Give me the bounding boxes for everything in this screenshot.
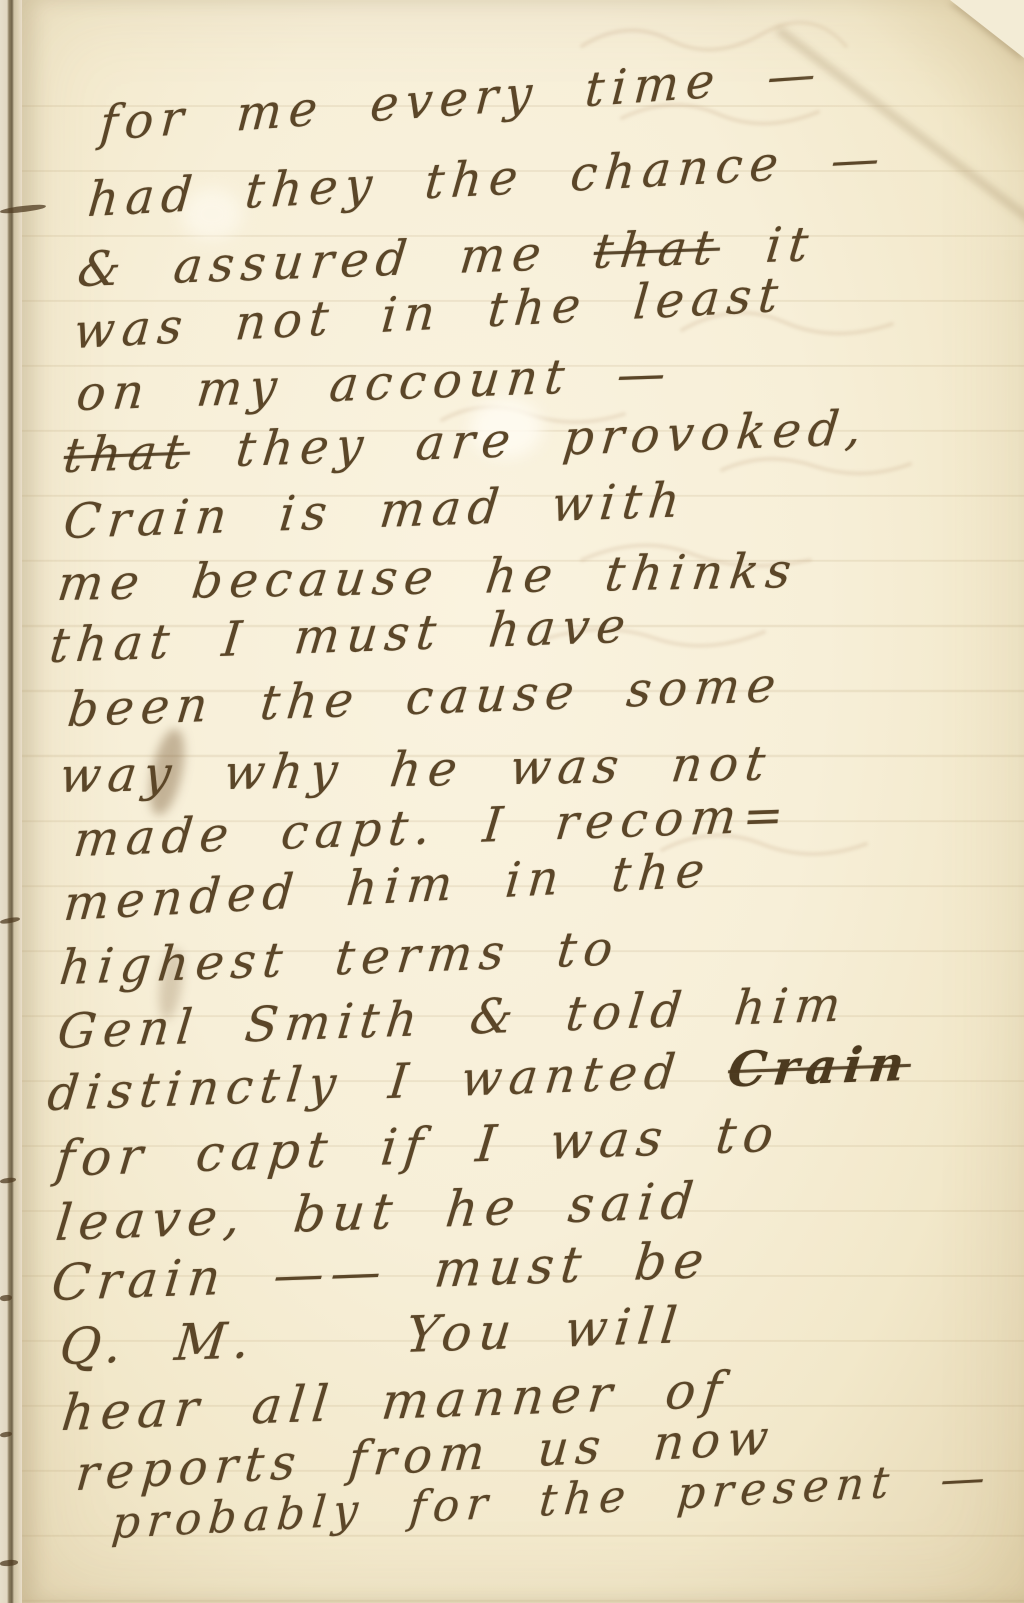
letter-page: for me every time —had they the chance —… [0,0,1024,1603]
corner-dogear [950,0,1024,58]
paper-sheet: for me every time —had they the chance —… [22,0,1024,1603]
struck-word: that [61,423,193,484]
handwriting-text: You will [403,1296,687,1364]
binding-edge [0,0,22,1603]
handwriting-text: Q. M. [57,1311,259,1376]
struck-word: Crain [725,1036,914,1099]
